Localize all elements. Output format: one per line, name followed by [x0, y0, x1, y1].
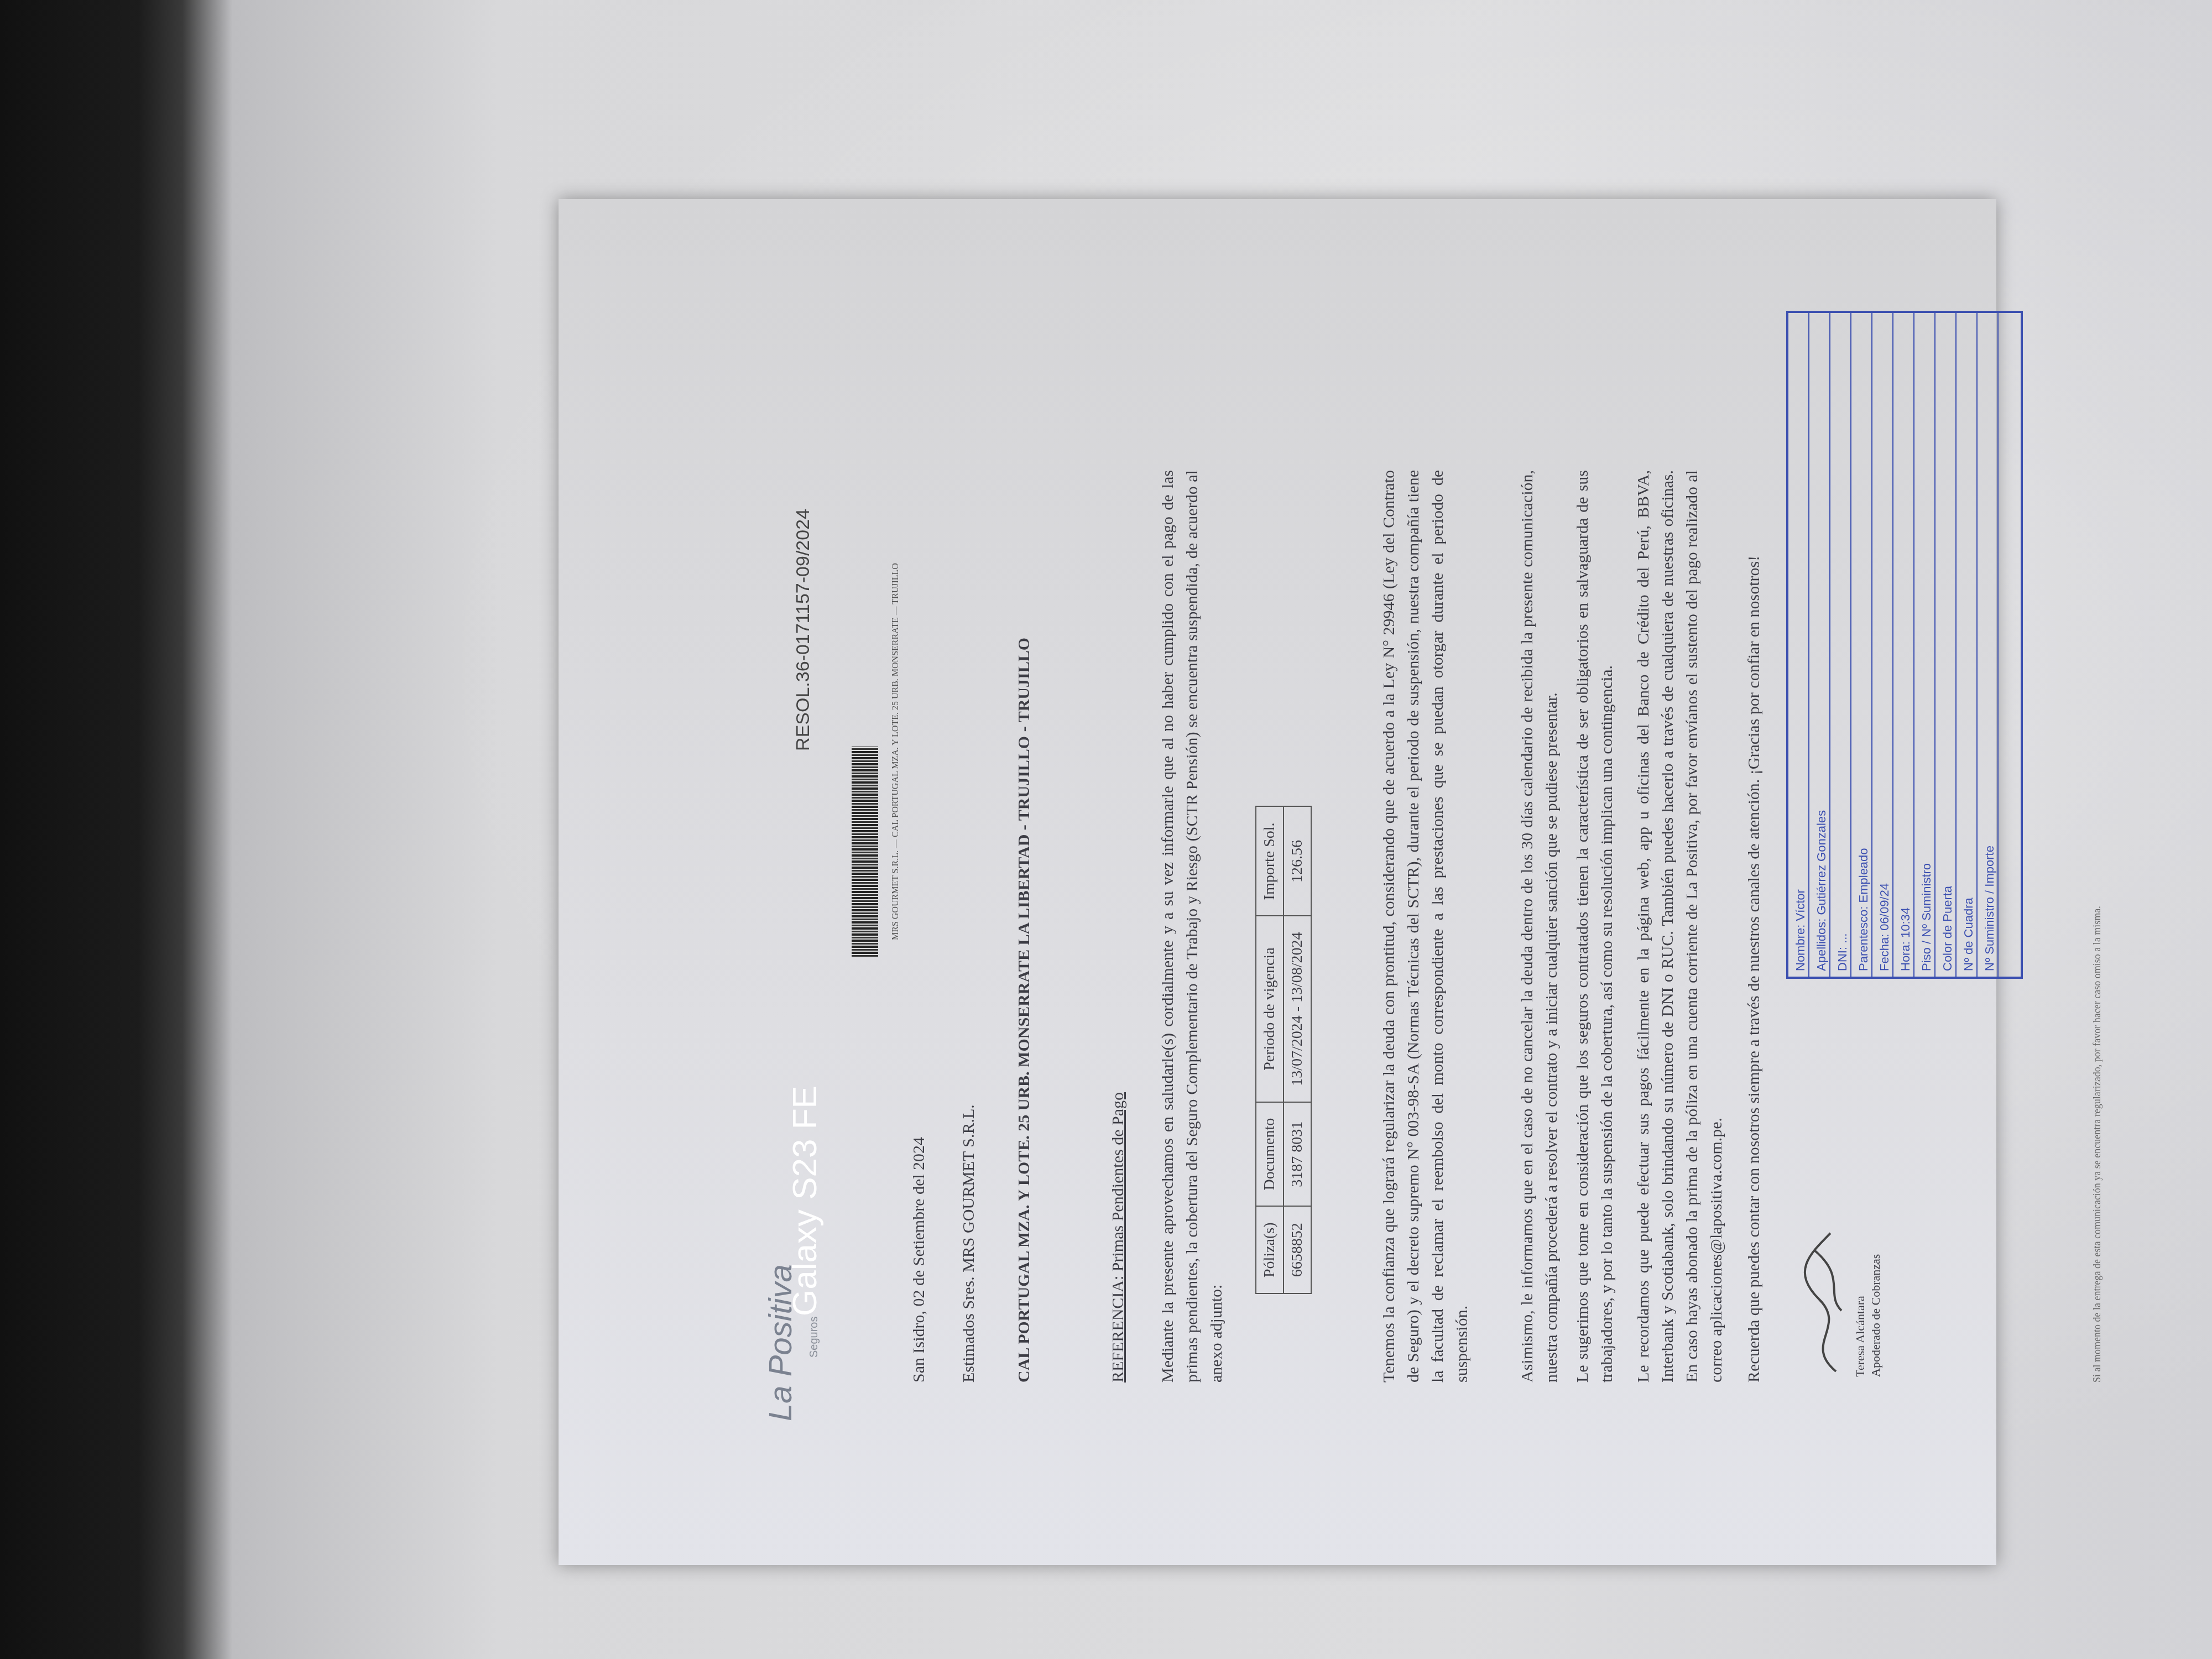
signature-icon [1797, 1145, 1853, 1377]
barcode-icon [852, 747, 878, 957]
table-header: Importe Sol. [1256, 806, 1284, 916]
paragraph-deadline: Asimismo, le informamos que en el caso d… [1515, 470, 1564, 1383]
paragraph-intro: Mediante la presente aprovechamos en sal… [1156, 470, 1229, 1383]
stamp-row: Parentesco: Empleado [1851, 313, 1872, 977]
paragraph-obligation: Le sugerimos que tome en consideración q… [1571, 470, 1619, 1383]
paragraph-payment: Le recordamos que puede efectuar sus pag… [1631, 470, 1729, 1383]
document-cell: 3187 8031 [1284, 1102, 1311, 1207]
stamp-row: DNI: ... [1830, 313, 1851, 977]
policy-cell: 6658852 [1284, 1206, 1311, 1293]
salutation: Estimados Sres. MRS GOURMET S.R.L. [957, 1104, 981, 1383]
stamp-row: Color de Puerta [1936, 313, 1957, 977]
stamp-row: Nombre: Víctor [1788, 313, 1809, 977]
signatory-title: Apoderado de Cobranzas [1868, 1145, 1884, 1377]
footer-note: Si al momento de la entrega de esta comu… [2085, 906, 2109, 1383]
table-header: Póliza(s) [1256, 1206, 1284, 1293]
table-header: Periodo de vigencia [1256, 916, 1284, 1102]
stamp-row: Hora: 10:34 [1893, 313, 1914, 977]
pending-premiums-table: Póliza(s) Documento Periodo de vigencia … [1255, 806, 1312, 1294]
stamp-row: Piso / Nº Suministro [1914, 313, 1936, 977]
letter-page: La Positiva Seguros RESOL.36-0171157-09/… [719, 276, 2157, 1465]
paragraph-legal: Tenemos la confianza que logrará regular… [1377, 470, 1474, 1383]
stamp-row: Fecha: 06/09/24 [1872, 313, 1893, 977]
stamp-row: Nº Suministro / Importe [1978, 313, 1999, 977]
amount-cell: 126.56 [1284, 806, 1311, 916]
stamp-row: Apellidos: Gutiérrez Gonzales [1809, 313, 1830, 977]
signature-block: Teresa Alcántara Apoderado de Cobranzas [1797, 1145, 1884, 1377]
delivery-receipt-stamp: Nombre: Víctor Apellidos: Gutiérrez Gonz… [1786, 311, 2023, 979]
paragraph-closing: Recuerda que puedes contar con nosotros … [1742, 470, 1766, 1383]
table-header-row: Póliza(s) Documento Periodo de vigencia … [1256, 806, 1284, 1293]
table-header: Documento [1256, 1102, 1284, 1207]
recipient-address: CAL PORTUGAL MZA. Y LOTE. 25 URB. MONSER… [1012, 442, 1036, 1383]
mailing-address-block: MRS GOURMET S.R.L. — CAL PORTUGAL MZA. Y… [890, 553, 901, 940]
camera-watermark: Galaxy S23 FE [785, 1086, 825, 1316]
signatory-name: Teresa Alcántara [1853, 1145, 1868, 1377]
company-logo-subtitle: Seguros [802, 1317, 826, 1358]
letter-date: San Isidro, 02 de Setiembre del 2024 [907, 1137, 931, 1383]
period-cell: 13/07/2024 - 13/08/2024 [1284, 916, 1311, 1102]
resolution-number: RESOL.36-0171157-09/2024 [791, 509, 815, 751]
reference-line: REFERENCIA: Primas Pendientes de Pago [1106, 1092, 1130, 1383]
stamp-row: Nº de Cuadra [1957, 313, 1978, 977]
table-row: 6658852 3187 8031 13/07/2024 - 13/08/202… [1284, 806, 1311, 1293]
